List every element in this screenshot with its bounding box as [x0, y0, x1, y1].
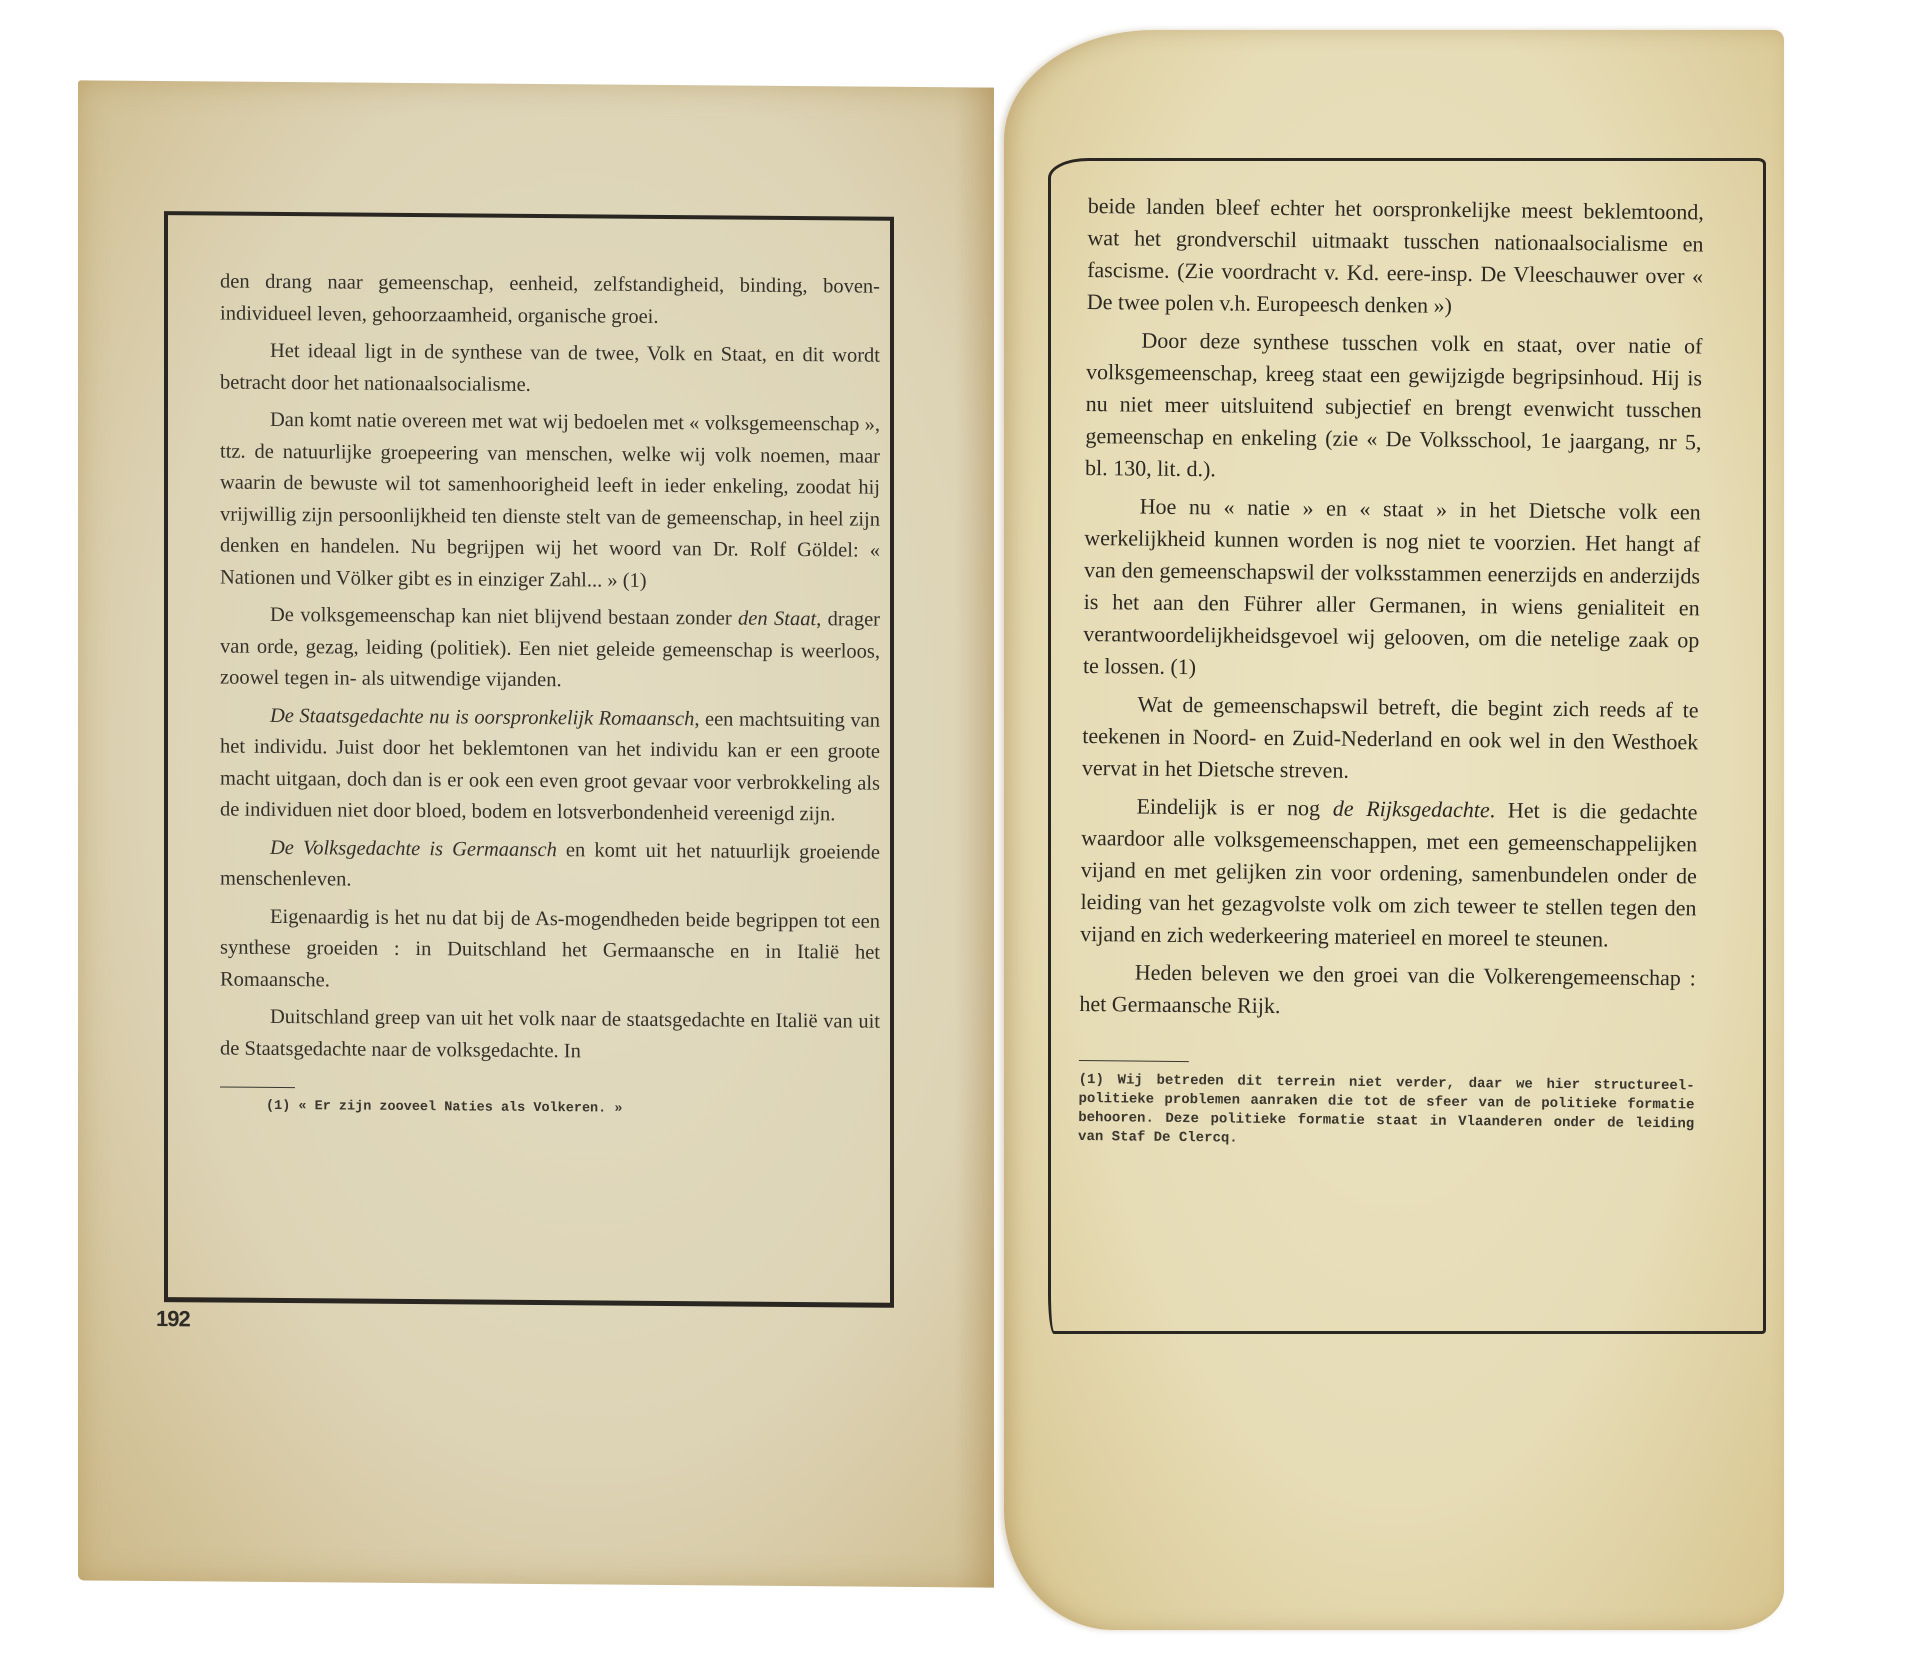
right-page: beide landen bleef echter het oorspronke… — [1004, 30, 1784, 1630]
left-page-body: den drang naar gemeenschap, eenheid, zel… — [220, 267, 880, 1121]
paragraph: De Volksgedachte is Germaansch en komt u… — [220, 832, 880, 900]
italic-term: de Rijksgedachte — [1333, 796, 1490, 823]
footnote: (1) Wij betreden dit terrein niet verder… — [1078, 1071, 1695, 1153]
page-number: 192 — [156, 1306, 190, 1332]
footnote-divider — [220, 1087, 295, 1089]
text-run: Eindelijk is er nog — [1136, 794, 1333, 821]
italic-term: den Staat — [738, 608, 816, 631]
paragraph: Het ideaal ligt in de synthese van de tw… — [220, 336, 880, 404]
footnote-divider — [1079, 1060, 1189, 1062]
right-page-body: beide landen bleef echter het oorspronke… — [1078, 190, 1704, 1153]
paragraph: Wat de gemeenschapswil betreft, die begi… — [1082, 688, 1699, 790]
italic-term: De Volksgedachte is Germaansch — [270, 836, 557, 860]
paragraph: De Staatsgedachte nu is oorspronkelijk R… — [220, 700, 880, 831]
paragraph: Duitschland greep van uit het volk naar … — [220, 1002, 880, 1070]
italic-term: De Staatsgedachte nu is oorspronkelijk R… — [270, 704, 694, 729]
paragraph: Door deze synthese tusschen volk en staa… — [1085, 324, 1703, 490]
paragraph: Eindelijk is er nog de Rijksgedachte. He… — [1080, 790, 1698, 956]
left-page-gutter-shadow — [954, 87, 994, 1587]
left-page: den drang naar gemeenschap, eenheid, zel… — [78, 80, 994, 1587]
paragraph: De volksgemeenschap kan niet blijvend be… — [220, 600, 880, 700]
paragraph: den drang naar gemeenschap, eenheid, zel… — [220, 267, 880, 335]
paragraph: Hoe nu « natie » en « staat » in het Die… — [1083, 490, 1701, 688]
paragraph: beide landen bleef echter het oorspronke… — [1087, 190, 1704, 324]
text-run: De volksgemeenschap kan niet blijvend be… — [270, 604, 738, 630]
paragraph: Eigenaardig is het nu dat bij de As-moge… — [220, 901, 880, 1001]
paragraph: Dan komt natie overeen met wat wij bedoe… — [220, 405, 880, 599]
paragraph: Heden beleven we den groei van die Volke… — [1079, 956, 1696, 1026]
